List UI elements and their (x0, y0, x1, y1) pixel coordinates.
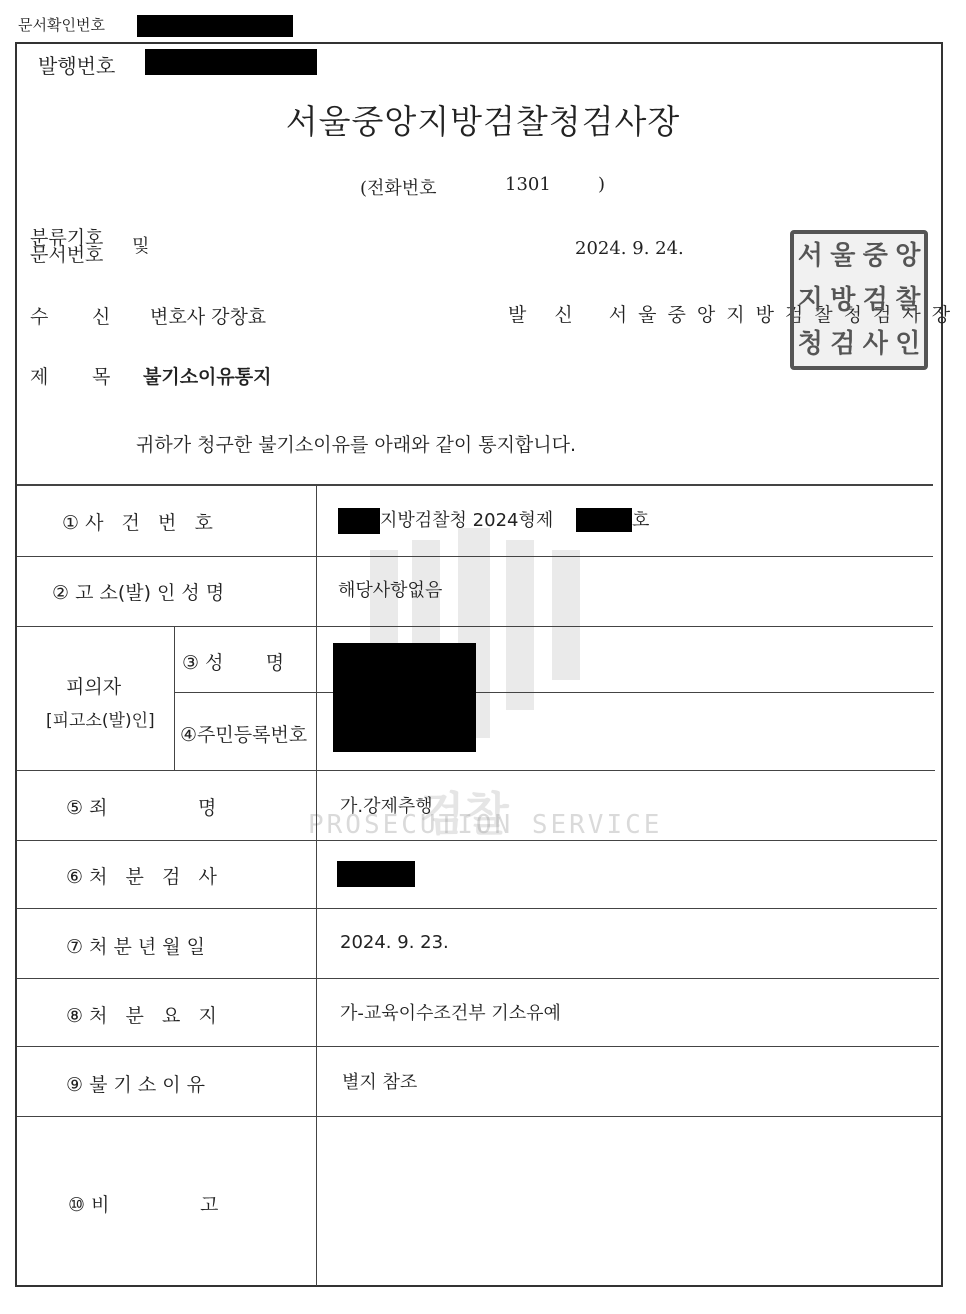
classification-and: 및 (132, 232, 149, 258)
non-indictment-reason-label: ⑨ 불 기 소 이 유 (66, 1070, 205, 1097)
redacted-suspect-info (333, 643, 476, 752)
document-title: 서울중앙지방검찰청검사장 (0, 96, 966, 143)
seal-char: 서 (794, 234, 827, 278)
notice-text: 귀하가 청구한 불기소이유를 아래와 같이 통지합니다. (136, 430, 576, 457)
case-number-value: 지방검찰청 2024형제 (380, 506, 553, 532)
document-frame (15, 42, 943, 1287)
suspect-name-label: ③ 성 명 (182, 648, 284, 675)
recipient-value: 변호사 강창효 (150, 302, 266, 329)
non-indictment-reason-value: 별지 참조 (342, 1068, 417, 1094)
redacted-prosecutor (337, 861, 415, 887)
recipient-label-1: 수 (30, 302, 48, 329)
disposition-date-label: ⑦ 처 분 년 월 일 (66, 932, 205, 959)
phone-line: (전화번호 1301 ) (360, 174, 437, 200)
suspect-group-label: 피의자 (66, 672, 121, 699)
seal-char: 앙 (892, 234, 925, 278)
complainant-name-label: ② 고 소(발) 인 성 명 (52, 578, 224, 605)
phone-label: (전화번호 (360, 178, 437, 199)
charge-value: 가.강제추행 (340, 792, 433, 818)
case-number-label: ① 사 건 번 호 (62, 508, 213, 535)
suspect-id-label: ④주민등록번호 (180, 720, 307, 747)
phone-close-paren: ) (598, 174, 605, 195)
recipient-label-2: 신 (92, 302, 110, 329)
subject-label-2: 목 (92, 362, 110, 389)
case-number-suffix: 호 (632, 506, 649, 532)
issue-number-label: 발행번호 (38, 50, 115, 79)
seal-char: 찰 (892, 278, 925, 322)
charge-label: ⑤ 죄 명 (66, 793, 216, 820)
document-confirmation-label: 문서확인번호 (18, 14, 105, 35)
seal-char: 울 (827, 234, 860, 278)
sender-label: 발 신 (508, 304, 584, 326)
redacted-document-confirmation-number (137, 15, 293, 37)
disposition-date-value: 2024. 9. 23. (340, 932, 449, 953)
seal-char: 중 (859, 234, 892, 278)
redacted-issue-number (145, 49, 317, 75)
disposition-summary-label: ⑧ 처 분 요 지 (66, 1001, 217, 1028)
complainant-name-value: 해당사항없음 (338, 576, 442, 602)
seal-char: 검 (859, 278, 892, 322)
seal-char: 검 (827, 322, 860, 366)
official-seal-icon: 서 울 중 앙 지 방 검 찰 청 검 사 인 (790, 230, 928, 370)
redacted-district (338, 508, 380, 534)
suspect-group-sublabel: [피고소(발)인] (46, 706, 155, 731)
seal-char: 인 (892, 322, 925, 366)
phone-number: 1301 (505, 174, 551, 195)
seal-char: 사 (859, 322, 892, 366)
classification-label: 분류기호 문서번호 (30, 230, 103, 264)
seal-char: 방 (827, 278, 860, 322)
subject-label-1: 제 (30, 362, 48, 389)
redacted-case-number (576, 508, 632, 532)
issue-date: 2024. 9. 24. (575, 238, 684, 259)
seal-char: 청 (794, 322, 827, 366)
classification-line-2: 문서번호 (30, 247, 103, 264)
subject-value: 불기소이유통지 (143, 362, 271, 389)
disposition-summary-value: 가-교육이수조건부 기소유예 (340, 999, 561, 1025)
seal-char: 지 (794, 278, 827, 322)
remarks-label: ⑩ 비 고 (68, 1190, 218, 1217)
prosecutor-label: ⑥ 처 분 검 사 (66, 862, 217, 889)
